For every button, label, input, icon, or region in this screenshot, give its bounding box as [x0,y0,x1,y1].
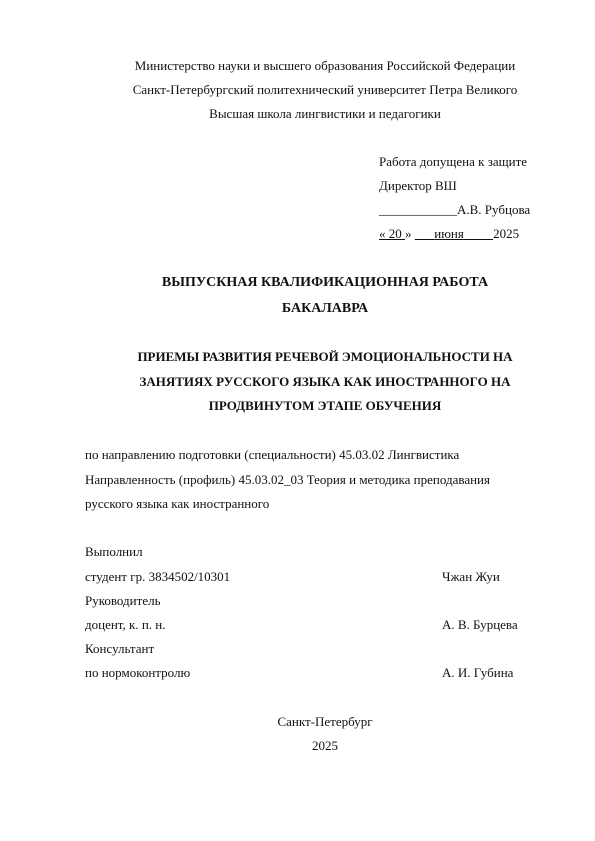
consultant-role: Консультант [85,641,154,657]
approval-signature-line: ____________А.В. Рубцова [379,202,530,218]
consultant-name: А. И. Губина [442,665,513,681]
ministry-name: Министерство науки и высшего образования… [0,58,595,74]
direction-line3: русского языка как иностранного [85,496,269,512]
topic-line3: ПРОДВИНУТОМ ЭТАПЕ ОБУЧЕНИЯ [0,398,595,414]
school-name: Высшая школа лингвистики и педагогики [0,106,595,122]
student-detail: студент гр. 3834502/10301 [85,569,230,585]
supervisor-role: Руководитель [85,593,161,609]
university-name: Санкт-Петербургский политехнический унив… [0,82,595,98]
work-type-line1: ВЫПУСКНАЯ КВАЛИФИКАЦИОННАЯ РАБОТА [0,275,595,291]
date-year: 2025 [493,226,519,241]
topic-line1: ПРИЕМЫ РАЗВИТИЯ РЕЧЕВОЙ ЭМОЦИОНАЛЬНОСТИ … [0,349,595,365]
supervisor-detail: доцент, к. п. н. [85,617,165,633]
footer-city: Санкт-Петербург [0,714,595,730]
date-month: июня [434,226,464,241]
approval-position: Директор ВШ [379,178,457,194]
director-name: А.В. Рубцова [457,202,530,217]
approval-date: « 20 » июня 2025 [379,226,519,242]
footer-year: 2025 [0,738,595,754]
month-pad-right [464,226,493,241]
approval-admitted: Работа допущена к защите [379,154,527,170]
consultant-detail: по нормоконтролю [85,665,190,681]
date-day: 20 [386,226,406,241]
student-name: Чжан Жуи [442,569,500,585]
supervisor-name: А. В. Бурцева [442,617,518,633]
direction-line2: Направленность (профиль) 45.03.02_03 Тео… [85,472,490,488]
topic-line2: ЗАНЯТИЯХ РУССКОГО ЯЗЫКА КАК ИНОСТРАННОГО… [0,374,595,390]
signature-blank: ____________ [379,202,457,217]
month-pad-left [415,226,435,241]
student-role: Выполнил [85,544,143,560]
date-close-quote: » [405,226,412,241]
work-type-line2: БАКАЛАВРА [0,301,595,317]
direction-line1: по направлению подготовки (специальности… [85,447,459,463]
